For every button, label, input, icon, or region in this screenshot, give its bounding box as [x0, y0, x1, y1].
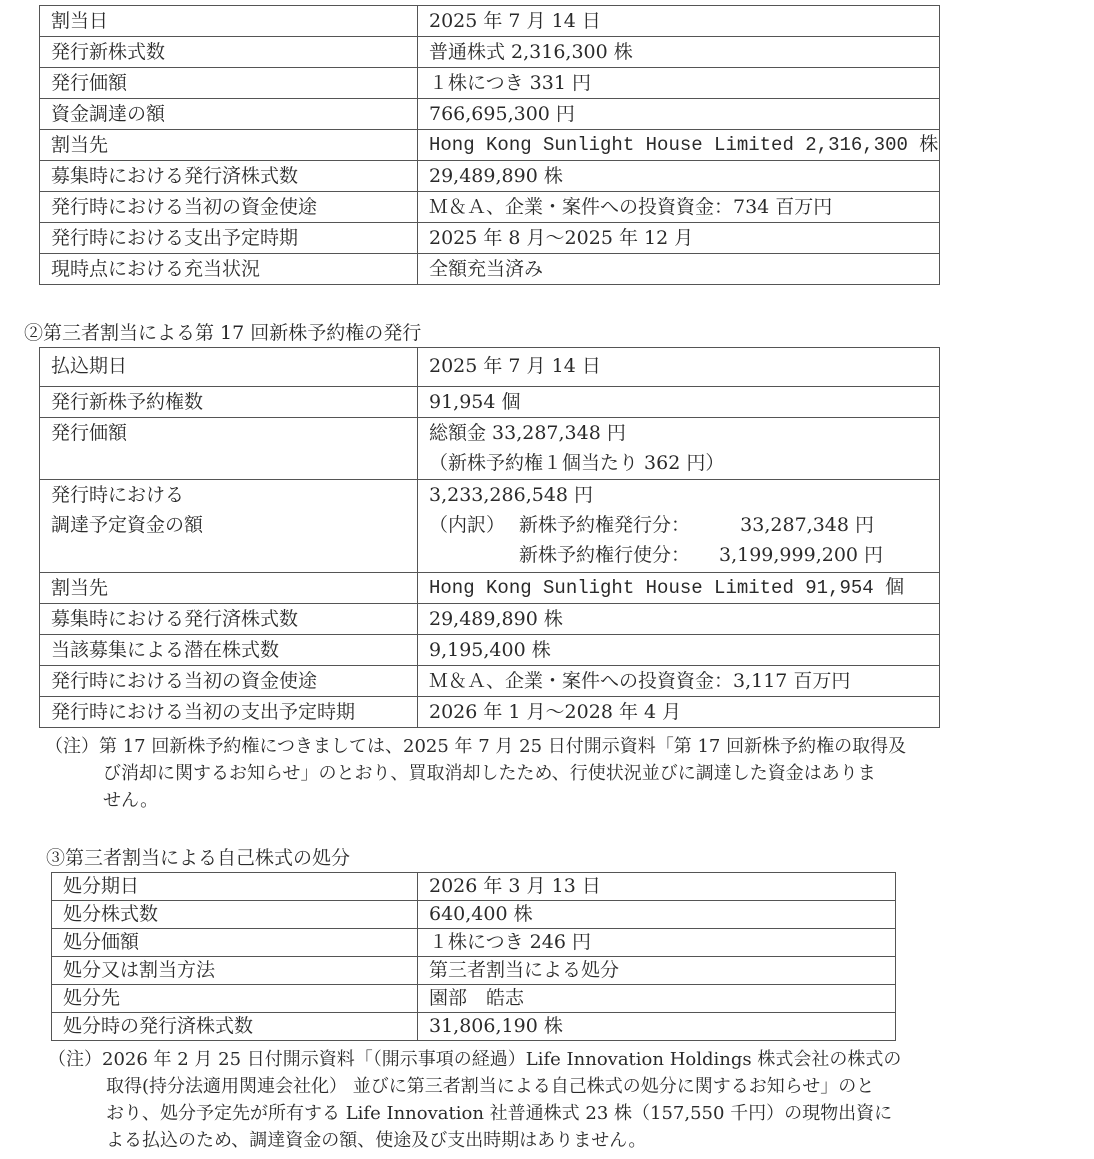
table-row: 当該募集による潜在株式数9,195,400 株: [40, 635, 940, 666]
row-value: Ｍ＆Ａ、企業・案件への投資資金：734 百万円: [418, 192, 940, 223]
row-value: 2026 年 1 月～2028 年 4 月: [418, 697, 940, 728]
row-value: 3,233,286,548 円 （内訳） 新株予約権発行分： 33,287,34…: [418, 480, 940, 573]
table-row: 発行新株式数普通株式 2,316,300 株: [40, 37, 940, 68]
breakdown-row: 新株予約権行使分： 3,199,999,200 円: [429, 540, 939, 570]
row-value: Ｍ＆Ａ、企業・案件への投資資金：3,117 百万円: [418, 666, 940, 697]
disposal-table-3: 処分期日2026 年 3 月 13 日 処分株式数640,400 株 処分価額 …: [51, 872, 896, 1041]
note-prefix: （注）: [45, 736, 99, 757]
row-value: １株につき 331 円: [418, 68, 940, 99]
row-value: 766,695,300 円: [418, 99, 940, 130]
row-label: 処分株式数: [52, 901, 418, 929]
label-line-1: 発行時における: [51, 480, 417, 510]
table-row: 処分株式数640,400 株: [52, 901, 896, 929]
issuance-table-2: 払込期日2025 年 7 月 14 日 発行新株予約権数91,954 個 発行価…: [39, 347, 940, 728]
row-value: 91,954 個: [418, 387, 940, 418]
breakdown-item-name: 新株予約権発行分：: [519, 510, 719, 540]
table-row: 割当先Hong Kong Sunlight House Limited 2,31…: [40, 130, 940, 161]
table-row: 資金調達の額766,695,300 円: [40, 99, 940, 130]
breakdown-item-name: 新株予約権行使分：: [519, 540, 719, 570]
table-row: 発行時における当初の資金使途Ｍ＆Ａ、企業・案件への投資資金：734 百万円: [40, 192, 940, 223]
note-line: 取得(持分法適用関連会社化） 並びに第三者割当による自己株式の処分に関するお知ら…: [48, 1073, 901, 1100]
row-label: 発行新株式数: [40, 37, 418, 68]
row-value: 総額金 33,287,348 円 （新株予約権１個当たり 362 円）: [418, 418, 940, 480]
breakdown-prefix: （内訳）: [429, 510, 519, 540]
note-prefix: （注）: [48, 1049, 102, 1070]
row-label: 募集時における発行済株式数: [40, 161, 418, 192]
row-label: 処分期日: [52, 873, 418, 901]
row-label: 発行価額: [40, 418, 418, 480]
table-row: 処分先園部 皓志: [52, 985, 896, 1013]
row-label: 資金調達の額: [40, 99, 418, 130]
table-row: 発行価額 １株につき 331 円: [40, 68, 940, 99]
row-value: 29,489,890 株: [418, 161, 940, 192]
row-value: 2025 年 7 月 14 日: [418, 348, 940, 387]
row-label: 割当先: [40, 130, 418, 161]
row-value: 2026 年 3 月 13 日: [418, 873, 896, 901]
row-value: 640,400 株: [418, 901, 896, 929]
table-row: 発行時における当初の資金使途Ｍ＆Ａ、企業・案件への投資資金：3,117 百万円: [40, 666, 940, 697]
section-title-3: ③第三者割当による自己株式の処分: [46, 845, 350, 871]
label-line-2: 調達予定資金の額: [51, 510, 417, 540]
row-value: 園部 皓志: [418, 985, 896, 1013]
row-label: 発行時における当初の資金使途: [40, 666, 418, 697]
row-label: 発行時における当初の資金使途: [40, 192, 418, 223]
table-row: 発行新株予約権数91,954 個: [40, 387, 940, 418]
row-label: 発行時における支出予定時期: [40, 223, 418, 254]
issuance-table-1: 割当日2025 年 7 月 14 日 発行新株式数普通株式 2,316,300 …: [39, 5, 940, 285]
row-value: １株につき 246 円: [418, 929, 896, 957]
row-value: 全額充当済み: [418, 254, 940, 285]
table-row: 発行時における 調達予定資金の額 3,233,286,548 円 （内訳） 新株…: [40, 480, 940, 573]
section-title-2: ②第三者割当による第 17 回新株予約権の発行: [24, 320, 421, 346]
table-row: 募集時における発行済株式数29,489,890 株: [40, 604, 940, 635]
row-value: Hong Kong Sunlight House Limited 2,316,3…: [418, 130, 940, 161]
table-row: 現時点における充当状況全額充当済み: [40, 254, 940, 285]
table-row: 発行価額 総額金 33,287,348 円 （新株予約権１個当たり 362 円）: [40, 418, 940, 480]
note-line: び消却に関するお知らせ」のとおり、買取消却したため、行使状況並びに調達した資金は…: [45, 760, 906, 787]
row-label: 処分価額: [52, 929, 418, 957]
table-row: 発行時における支出予定時期2025 年 8 月～2025 年 12 月: [40, 223, 940, 254]
note-section-2: （注）第 17 回新株予約権につきましては、2025 年 7 月 25 日付開示…: [45, 733, 906, 814]
row-value: 普通株式 2,316,300 株: [418, 37, 940, 68]
row-label: 発行時における当初の支出予定時期: [40, 697, 418, 728]
row-label: 処分時の発行済株式数: [52, 1013, 418, 1041]
total-amount: 3,233,286,548 円: [429, 480, 939, 510]
table-row: 処分又は割当方法第三者割当による処分: [52, 957, 896, 985]
table-row: 募集時における発行済株式数29,489,890 株: [40, 161, 940, 192]
row-value: 第三者割当による処分: [418, 957, 896, 985]
note-line: おり、処分予定先が所有する Life Innovation 社普通株式 23 株…: [48, 1100, 901, 1127]
table-row: 発行時における当初の支出予定時期2026 年 1 月～2028 年 4 月: [40, 697, 940, 728]
row-label: 現時点における充当状況: [40, 254, 418, 285]
table-row: 処分時の発行済株式数31,806,190 株: [52, 1013, 896, 1041]
row-label: 募集時における発行済株式数: [40, 604, 418, 635]
table-row: 割当日2025 年 7 月 14 日: [40, 6, 940, 37]
breakdown-row: （内訳） 新株予約権発行分： 33,287,348 円: [429, 510, 939, 540]
row-value: 9,195,400 株: [418, 635, 940, 666]
table-row: 処分価額 １株につき 246 円: [52, 929, 896, 957]
value-line-1: 総額金 33,287,348 円: [429, 418, 939, 448]
row-label: 払込期日: [40, 348, 418, 387]
row-label: 処分先: [52, 985, 418, 1013]
row-label: 割当日: [40, 6, 418, 37]
table-row: 処分期日2026 年 3 月 13 日: [52, 873, 896, 901]
row-value: 2025 年 7 月 14 日: [418, 6, 940, 37]
note-line: （注）第 17 回新株予約権につきましては、2025 年 7 月 25 日付開示…: [45, 733, 906, 760]
row-label: 発行価額: [40, 68, 418, 99]
row-label: 発行新株予約権数: [40, 387, 418, 418]
table-row: 割当先Hong Kong Sunlight House Limited 91,9…: [40, 573, 940, 604]
row-value: 29,489,890 株: [418, 604, 940, 635]
table-row: 払込期日2025 年 7 月 14 日: [40, 348, 940, 387]
breakdown-item-amount: 3,199,999,200 円: [719, 540, 874, 570]
breakdown-spacer: [429, 540, 519, 570]
row-value: 2025 年 8 月～2025 年 12 月: [418, 223, 940, 254]
row-label: 処分又は割当方法: [52, 957, 418, 985]
note-line: （注）2026 年 2 月 25 日付開示資料「（開示事項の経過）Life In…: [48, 1046, 901, 1073]
row-value: 31,806,190 株: [418, 1013, 896, 1041]
row-value: Hong Kong Sunlight House Limited 91,954 …: [418, 573, 940, 604]
row-label: 当該募集による潜在株式数: [40, 635, 418, 666]
breakdown-item-amount: 33,287,348 円: [719, 510, 874, 540]
row-label: 発行時における 調達予定資金の額: [40, 480, 418, 573]
value-line-2: （新株予約権１個当たり 362 円）: [429, 448, 939, 478]
note-section-3: （注）2026 年 2 月 25 日付開示資料「（開示事項の経過）Life In…: [48, 1046, 901, 1154]
note-line: よる払込のため、調達資金の額、使途及び支出時期はありません。: [48, 1127, 901, 1154]
row-label: 割当先: [40, 573, 418, 604]
note-line: せん。: [45, 787, 906, 814]
